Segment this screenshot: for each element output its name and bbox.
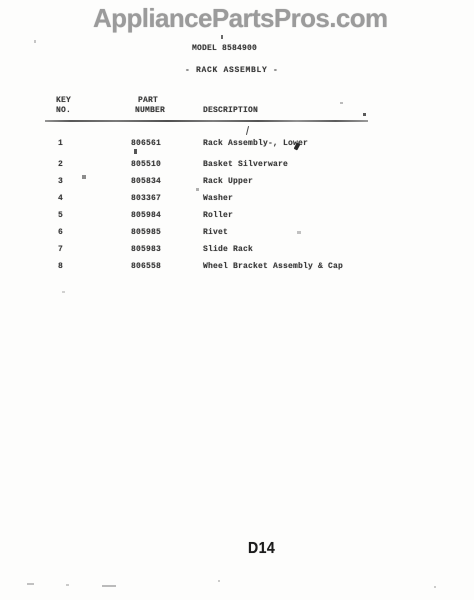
column-header-key-line2: NO. [56, 106, 71, 116]
column-header-part-line1: PART [135, 96, 165, 106]
row-description: Rack Assembly-, Lower [203, 139, 308, 149]
scan-artifact [221, 35, 223, 39]
scan-artifact [434, 586, 436, 588]
page-number: D14 [248, 540, 275, 558]
table-row: 2 805510 Basket Silverware [0, 160, 474, 172]
row-key: 8 [58, 262, 63, 272]
scan-artifact [27, 583, 34, 585]
scan-artifact [340, 102, 343, 104]
row-key: 7 [58, 245, 63, 255]
row-key: 1 [58, 139, 63, 149]
site-watermark: AppliancePartsPros.com [93, 3, 388, 34]
row-description: Wheel Bracket Assembly & Cap [203, 262, 343, 272]
column-header-description: DESCRIPTION [203, 106, 258, 116]
scan-artifact [218, 580, 220, 582]
table-row: 3 805834 Rack Upper [0, 177, 474, 189]
row-description: Rack Upper [203, 177, 253, 187]
column-header-part-number: PART NUMBER [135, 96, 165, 116]
scan-artifact [102, 585, 116, 587]
scan-artifact [363, 113, 366, 116]
column-header-part-line2: NUMBER [135, 106, 165, 116]
table-row: 5 805984 Roller [0, 211, 474, 223]
row-part-number: 805983 [131, 245, 161, 255]
scan-artifact [134, 149, 137, 154]
table-row: 6 805985 Rivet [0, 228, 474, 240]
header-rule [45, 120, 368, 122]
row-description: Slide Rack [203, 245, 253, 255]
row-description: Rivet [203, 228, 228, 238]
row-part-number: 805510 [131, 160, 161, 170]
row-part-number: 805834 [131, 177, 161, 187]
row-description: Basket Silverware [203, 160, 288, 170]
table-row: 7 805983 Slide Rack [0, 245, 474, 257]
row-description: Washer [203, 194, 233, 204]
scan-artifact [66, 584, 69, 586]
model-number-line: MODEL 8584900 [192, 44, 257, 54]
row-key: 3 [58, 177, 63, 187]
row-key: 4 [58, 194, 63, 204]
row-part-number: 806558 [131, 262, 161, 272]
row-part-number: 805984 [131, 211, 161, 221]
row-key: 2 [58, 160, 63, 170]
scan-artifact [297, 231, 301, 234]
row-part-number: 806561 [131, 139, 161, 149]
row-key: 6 [58, 228, 63, 238]
column-header-key-no: KEY NO. [56, 96, 71, 116]
scan-artifact [246, 126, 249, 135]
row-part-number: 805985 [131, 228, 161, 238]
table-row: 4 803367 Washer [0, 194, 474, 206]
row-description: Roller [203, 211, 233, 221]
scan-artifact [62, 291, 65, 293]
section-title: - RACK ASSEMBLY - [185, 66, 279, 76]
table-row: 8 806558 Wheel Bracket Assembly & Cap [0, 262, 474, 274]
row-part-number: 803367 [131, 194, 161, 204]
scan-artifact [34, 40, 36, 43]
scanned-parts-document: AppliancePartsPros.com MODEL 8584900 - R… [0, 0, 474, 600]
column-header-key-line1: KEY [56, 96, 71, 106]
table-row: 1 806561 Rack Assembly-, Lower [0, 139, 474, 151]
row-key: 5 [58, 211, 63, 221]
scan-artifact [196, 188, 199, 191]
scan-artifact [82, 175, 86, 179]
